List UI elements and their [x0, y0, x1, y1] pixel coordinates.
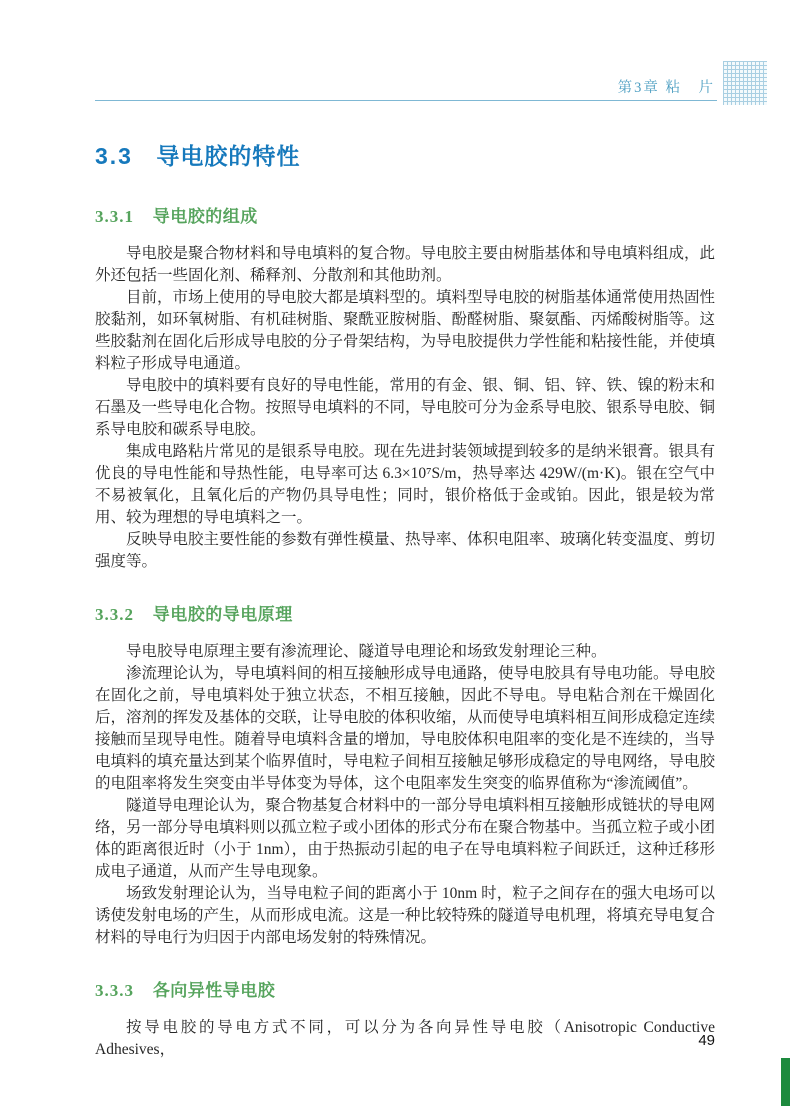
paragraph: 渗流理论认为，导电填料间的相互接触形成导电通路，使导电胶具有导电功能。导电胶在固…	[95, 663, 715, 795]
subsection-title: 导电胶的组成	[153, 207, 258, 226]
paragraph: 导电胶中的填料要有良好的导电性能，常用的有金、银、铜、铝、锌、铁、镍的粉末和石墨…	[95, 375, 715, 441]
paragraph: 集成电路粘片常见的是银系导电胶。现在先进封装领域提到较多的是纳米银膏。银具有优良…	[95, 441, 715, 529]
paragraph: 场致发射理论认为，当导电粒子间的距离小于 10nm 时，粒子之间存在的强大电场可…	[95, 883, 715, 949]
header-rule	[95, 100, 717, 101]
subsection-title: 导电胶的导电原理	[153, 605, 293, 624]
subsection-number: 3.3.3	[95, 981, 134, 1000]
subsection-number: 3.3.2	[95, 605, 134, 624]
running-head: 第3章 粘 片	[618, 76, 715, 97]
page-edge-marker	[781, 1058, 790, 1106]
subsection-title: 各向异性导电胶	[153, 981, 276, 1000]
subsection-heading-3-3-3: 3.3.3 各向异性导电胶	[95, 976, 715, 1001]
paragraph: 目前，市场上使用的导电胶大都是填料型的。填料型导电胶的树脂基体通常使用热固性胶黏…	[95, 287, 715, 375]
paragraph: 导电胶导电原理主要有渗流理论、隧道导电理论和场致发射理论三种。	[95, 641, 715, 663]
section-number: 3.3	[95, 143, 133, 169]
page-content: 3.3 导电胶的特性 3.3.1 导电胶的组成 导电胶是聚合物材料和导电填料的复…	[95, 138, 715, 1061]
grid-pattern-ornament-icon	[723, 61, 767, 105]
subsection-number: 3.3.1	[95, 207, 134, 226]
paragraph: 按导电胶的导电方式不同，可以分为各向异性导电胶（Anisotropic Cond…	[95, 1017, 715, 1061]
book-page: 第3章 粘 片 3.3 导电胶的特性 3.3.1 导电胶的组成 导电胶是聚合物材…	[0, 0, 790, 1106]
paragraph: 反映导电胶主要性能的参数有弹性模量、热导率、体积电阻率、玻璃化转变温度、剪切强度…	[95, 529, 715, 573]
paragraph: 导电胶是聚合物材料和导电填料的复合物。导电胶主要由树脂基体和导电填料组成，此外还…	[95, 243, 715, 287]
section-heading: 3.3 导电胶的特性	[95, 138, 715, 171]
page-number: 49	[698, 1032, 715, 1049]
subsection-heading-3-3-1: 3.3.1 导电胶的组成	[95, 202, 715, 227]
section-title: 导电胶的特性	[156, 143, 300, 169]
subsection-heading-3-3-2: 3.3.2 导电胶的导电原理	[95, 600, 715, 625]
paragraph: 隧道导电理论认为，聚合物基复合材料中的一部分导电填料相互接触形成链状的导电网络，…	[95, 795, 715, 883]
